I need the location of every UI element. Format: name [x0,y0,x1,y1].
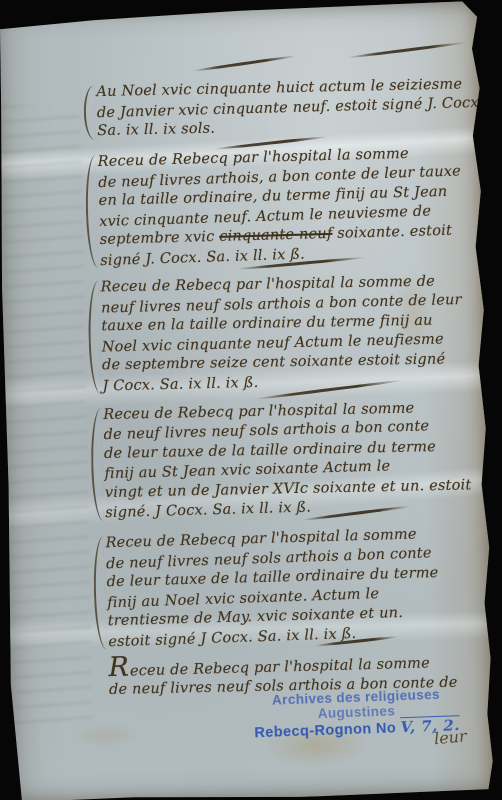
paragraph-brace [88,280,101,393]
receipt-entry: Receu de Rebecq par l'hospital la somme … [84,143,467,270]
verso-bleedthrough [2,104,93,730]
ink-flourish [347,41,466,59]
paragraph-brace [83,85,95,140]
ink-flourish [192,55,296,73]
paper-stain [71,724,141,747]
paragraph-brace [90,408,103,521]
receipt-entry: Au Noel xvic cinquante huict actum le se… [83,75,464,141]
stamp-label: Rebecq-Rognon No [254,720,396,741]
receipt-entry: Receu de Rebecq par l'hospital la somme … [92,523,475,651]
manuscript-text: Au Noel xvic cinquante huict actum le se… [83,75,476,710]
paragraph-brace [92,536,106,649]
struck-text: cinquante neuf [219,225,333,244]
line-text: soixante. estoit [332,222,452,241]
catchword: leur [434,726,468,748]
manuscript-photo: Au Noel xvic cinquante huict actum le se… [0,0,502,800]
receipt-entry: Receu de Rebecq par l'hospital la somme … [88,272,470,396]
receipt-entry: Receu de Rebecq par l'hospital la somme … [90,398,472,523]
paragraph-brace [84,155,98,268]
manuscript-page: Au Noel xvic cinquante huict actum le se… [0,1,498,800]
